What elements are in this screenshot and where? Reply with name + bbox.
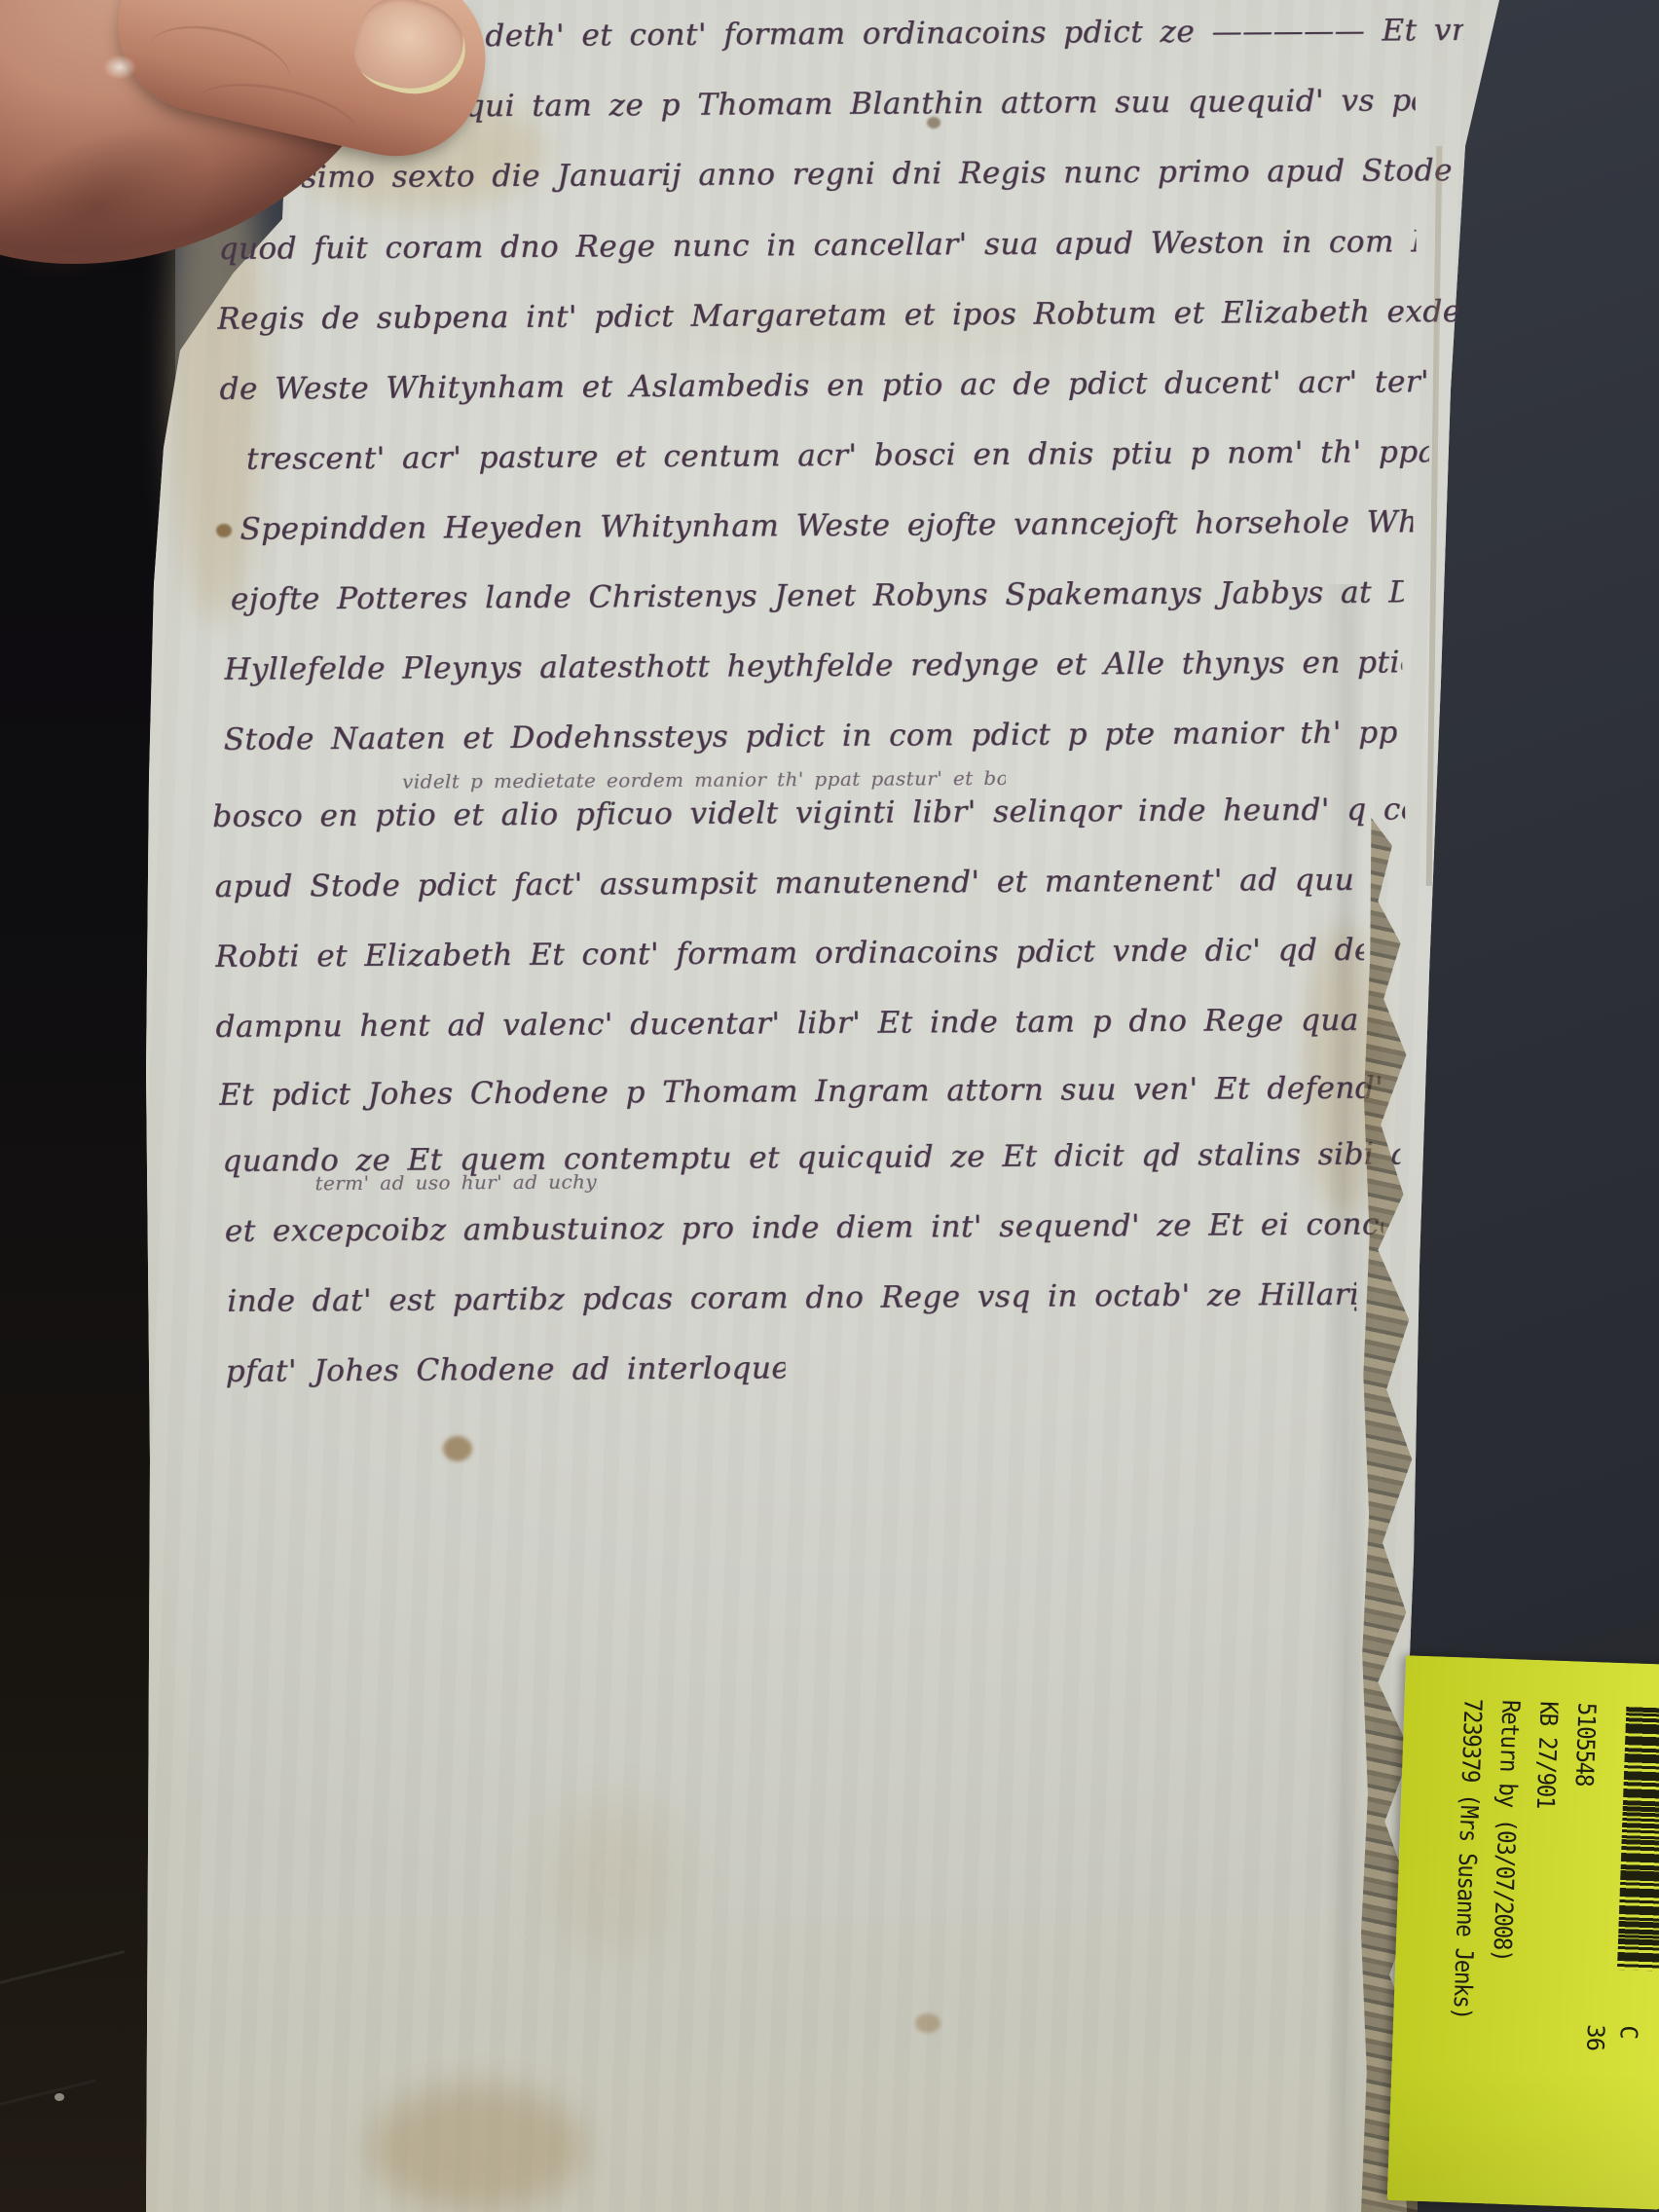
manuscript-line: Hyllefelde Pleynys alatesthott heythfeld… bbox=[224, 640, 1402, 691]
manuscript-line: dampnu hent ad valenc' ducentar' libr' E… bbox=[215, 998, 1359, 1050]
label-line-id: 5105548 bbox=[1570, 1702, 1602, 1786]
manuscript-line: de Weste Whitynham et Aslambedis en ptio… bbox=[219, 359, 1441, 412]
manuscript-line: pfat' Johes Chodene ad interloquend' ze … bbox=[226, 1346, 786, 1394]
label-line-return: Return by (03/07/2008) bbox=[1488, 1700, 1525, 1962]
interlinear-line: term' ad uso hur' ad uchys bbox=[314, 1169, 597, 1195]
manuscript-line: inde dat' est partibz pdcas coram dno Re… bbox=[227, 1272, 1356, 1324]
manuscript-line: Spepindden Heyeden Whitynham Weste ejoft… bbox=[240, 499, 1413, 551]
label-line-reader: 7239379 (Mrs Susanne Jenks) bbox=[1448, 1698, 1487, 2019]
photo-frame: deth' et cont' formam ordinacoins pdict … bbox=[0, 0, 1659, 2212]
manuscript-line: lech' qui tam ze p Thomam Blanthin attor… bbox=[374, 78, 1416, 129]
page-crease bbox=[1324, 584, 1365, 2212]
skin-highlight bbox=[97, 51, 142, 84]
manuscript-line: et excepcoibz ambustuinoz pro inde diem … bbox=[225, 1202, 1383, 1254]
label-side-mark: 36 bbox=[1581, 2024, 1609, 2051]
manuscript-line: deth' et cont' formam ordinacoins pdict … bbox=[485, 8, 1463, 58]
archive-label: C 36 5105548 KB 27/901 Return by (03/07/… bbox=[1387, 1655, 1659, 2209]
barcode bbox=[1617, 1707, 1659, 1972]
manuscript-line: apud Stode pdict fact' assumpsit manuten… bbox=[214, 858, 1353, 909]
manuscript-line: quod fuit coram dno Rege nunc in cancell… bbox=[218, 219, 1416, 272]
label-line-ref: KB 27/901 bbox=[1531, 1701, 1564, 1809]
label-side-mark: C bbox=[1615, 2025, 1642, 2039]
manuscript-line: bosco en ptio et alio pficuo videlt vigi… bbox=[212, 787, 1405, 838]
manuscript-line: vicesimo sexto die Januarij anno regni d… bbox=[238, 148, 1464, 201]
manuscript-line: ejofte Potteres lande Christenys Jenet R… bbox=[231, 570, 1404, 621]
manuscript-line: Et pdict Johes Chodene p Thomam Ingram a… bbox=[219, 1066, 1382, 1118]
manuscript-line: Robti et Elizabeth Et cont' formam ordin… bbox=[215, 928, 1364, 979]
manuscript-line: Regis de subpena int' pdict Margaretam e… bbox=[217, 289, 1463, 342]
manuscript-line: trescent' acr' pasture et centum acr' bo… bbox=[246, 429, 1429, 481]
manuscript-line: Stode Naaten et Dodehnssteys pdict in co… bbox=[224, 710, 1397, 761]
